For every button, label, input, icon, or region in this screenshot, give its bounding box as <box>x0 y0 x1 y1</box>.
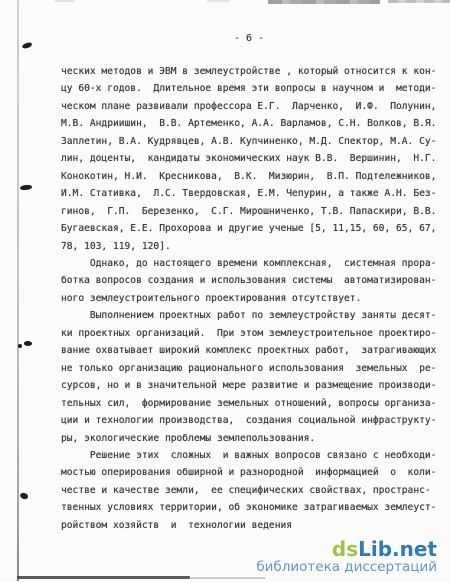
scan-top-edge-artifact <box>207 0 229 2</box>
paragraph: Однако, до настоящего времени комплексна… <box>61 255 443 307</box>
dslib-logo-prefix: ds <box>332 537 358 561</box>
ink-spot <box>19 492 28 500</box>
dslib-watermark: dsLib.net библиотека диссертаций <box>256 539 437 575</box>
dslib-logo-suffix: Lib.net <box>358 537 437 561</box>
paragraph-continuation: ческих методов и ЭВМ в землеустройстве ,… <box>61 63 443 255</box>
scan-top-edge-artifact <box>55 0 75 2</box>
scan-bottom-edge-line <box>17 576 190 579</box>
scanned-document-page: - 6 - ческих методов и ЭВМ в землеустрой… <box>0 0 450 582</box>
scan-top-edge-artifact <box>388 0 450 3</box>
scan-top-edge-artifact <box>268 0 380 4</box>
document-text-block: ческих методов и ЭВМ в землеустройстве ,… <box>61 63 443 534</box>
paragraph: Выполнением проектных работ по землеустр… <box>61 307 443 447</box>
page-number: - 6 - <box>61 33 437 45</box>
ink-spot <box>24 340 33 346</box>
ink-spot <box>20 184 33 191</box>
scan-fold-line <box>17 0 19 581</box>
ink-spot <box>18 344 22 348</box>
scan-bottom-edge-line <box>190 577 265 579</box>
ink-spot <box>22 42 33 49</box>
dslib-logo: dsLib.net <box>256 539 437 559</box>
dslib-subtitle: библиотека диссертаций <box>256 561 437 575</box>
paragraph: Решение этих сложных и важных вопросов с… <box>61 447 443 534</box>
